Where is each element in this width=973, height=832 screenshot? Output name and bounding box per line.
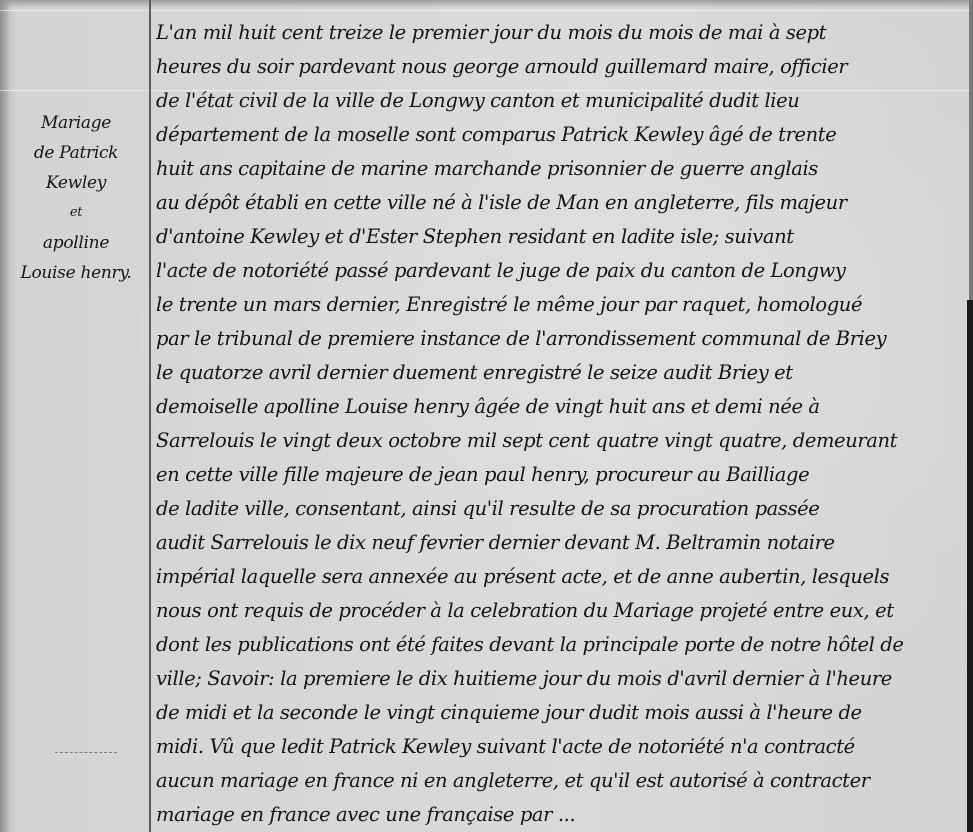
page-right-edge	[969, 0, 973, 300]
margin-line: Louise henry.	[10, 258, 142, 288]
text-line: demoiselle apolline Louise henry âgée de…	[156, 390, 820, 424]
scanned-register-page: Mariage de Patrick Kewley et apolline Lo…	[0, 0, 973, 832]
text-line: aucun mariage en france ni en angleterre…	[156, 764, 870, 798]
text-line: midi. Vû que ledit Patrick Kewley suivan…	[156, 730, 855, 764]
text-line: dont les publications ont été faites dev…	[156, 628, 903, 662]
margin-line: de Patrick	[10, 138, 142, 168]
text-line: ville; Savoir: la premiere le dix huitie…	[156, 662, 892, 696]
margin-line: et	[10, 198, 142, 228]
text-line: le quatorze avril dernier duement enregi…	[156, 356, 793, 390]
text-line: l'acte de notoriété passé pardevant le j…	[156, 254, 846, 288]
margin-rule-line	[149, 0, 151, 832]
text-line: heures du soir pardevant nous george arn…	[156, 50, 847, 84]
scan-line	[0, 10, 973, 11]
margin-line: Mariage	[10, 108, 142, 138]
page-binding-edge	[967, 300, 973, 832]
margin-dash-mark	[55, 752, 117, 754]
text-line: de midi et la seconde le vingt cinquieme…	[156, 696, 862, 730]
text-line: le trente un mars dernier, Enregistré le…	[156, 288, 862, 322]
text-line: impérial laquelle sera annexée au présen…	[156, 560, 889, 594]
text-line: de l'état civil de la ville de Longwy ca…	[156, 84, 799, 118]
scan-top-shadow	[0, 0, 973, 8]
text-line: mariage en france avec une française par…	[156, 798, 575, 832]
text-line: département de la moselle sont comparus …	[156, 118, 836, 152]
text-line: nous ont requis de procéder à la celebra…	[156, 594, 894, 628]
text-line: d'antoine Kewley et d'Ester Stephen resi…	[156, 220, 794, 254]
text-line: L'an mil huit cent treize le premier jou…	[156, 16, 826, 50]
text-line: de ladite ville, consentant, ainsi qu'il…	[156, 492, 819, 526]
text-line: huit ans capitaine de marine marchande p…	[156, 152, 818, 186]
text-line: en cette ville fille majeure de jean pau…	[156, 458, 809, 492]
text-line: au dépôt établi en cette ville né à l'is…	[156, 186, 847, 220]
margin-annotation: Mariage de Patrick Kewley et apolline Lo…	[10, 108, 142, 288]
text-line: audit Sarrelouis le dix neuf fevrier der…	[156, 526, 835, 560]
margin-line: Kewley	[10, 168, 142, 198]
text-line: Sarrelouis le vingt deux octobre mil sep…	[156, 424, 897, 458]
text-line: par le tribunal de premiere instance de …	[156, 322, 886, 356]
margin-line: apolline	[10, 228, 142, 258]
scan-left-shadow	[0, 0, 10, 832]
